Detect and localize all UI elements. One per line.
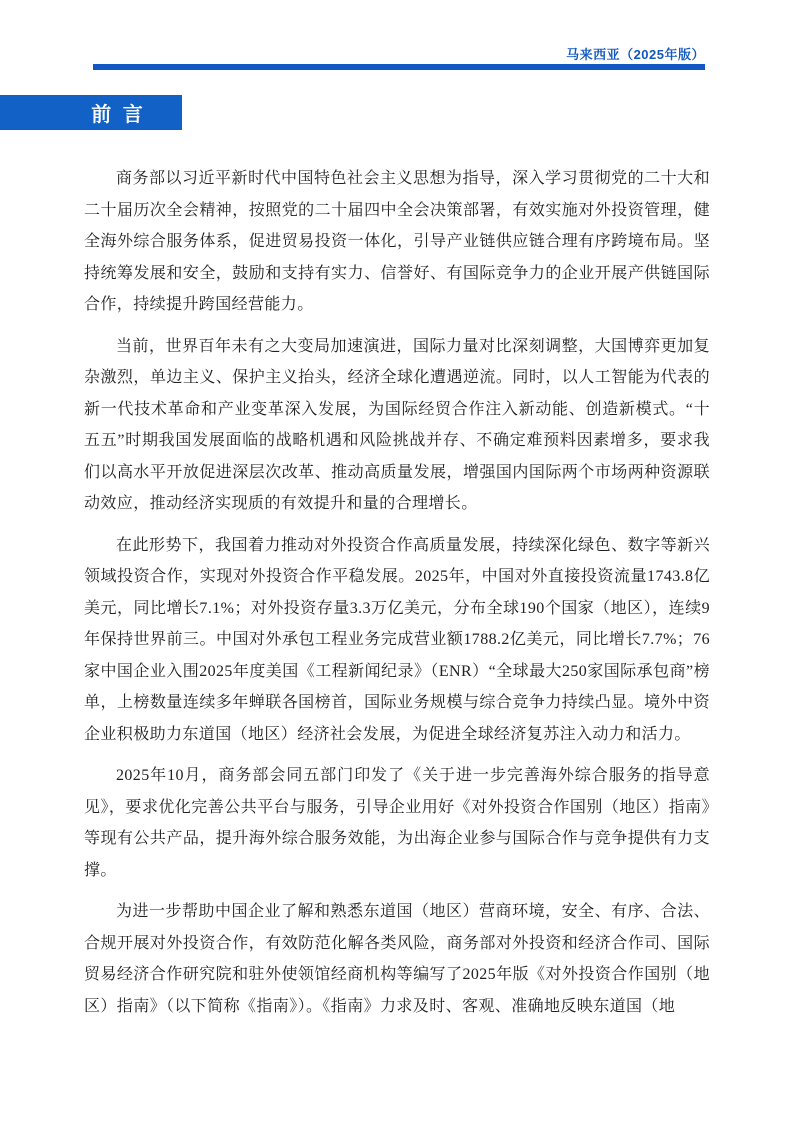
preface-paragraph: 当前，世界百年未有之大变局加速演进，国际力量对比深刻调整，大国博弈更加复杂激烈，… — [84, 331, 710, 520]
preface-title: 前 言 — [91, 98, 143, 127]
preface-paragraph: 商务部以习近平新时代中国特色社会主义思想为指导，深入学习贯彻党的二十大和二十届历… — [84, 163, 710, 321]
preface-paragraph: 2025年10月，商务部会同五部门印发了《关于进一步完善海外综合服务的指导意见》… — [84, 760, 710, 886]
document-page: 马来西亚（2025年版） 前 言 商务部以习近平新时代中国特色社会主义思想为指导… — [0, 0, 794, 1123]
preface-title-box: 前 言 — [0, 95, 182, 130]
preface-body: 商务部以习近平新时代中国特色社会主义思想为指导，深入学习贯彻党的二十大和二十届历… — [84, 163, 710, 1032]
preface-paragraph: 为进一步帮助中国企业了解和熟悉东道国（地区）营商环境，安全、有序、合法、合规开展… — [84, 896, 710, 1022]
preface-paragraph: 在此形势下，我国着力推动对外投资合作高质量发展，持续深化绿色、数字等新兴领域投资… — [84, 530, 710, 751]
header-rule — [93, 64, 705, 70]
running-header-edition-label: 马来西亚（2025年版） — [566, 44, 705, 63]
